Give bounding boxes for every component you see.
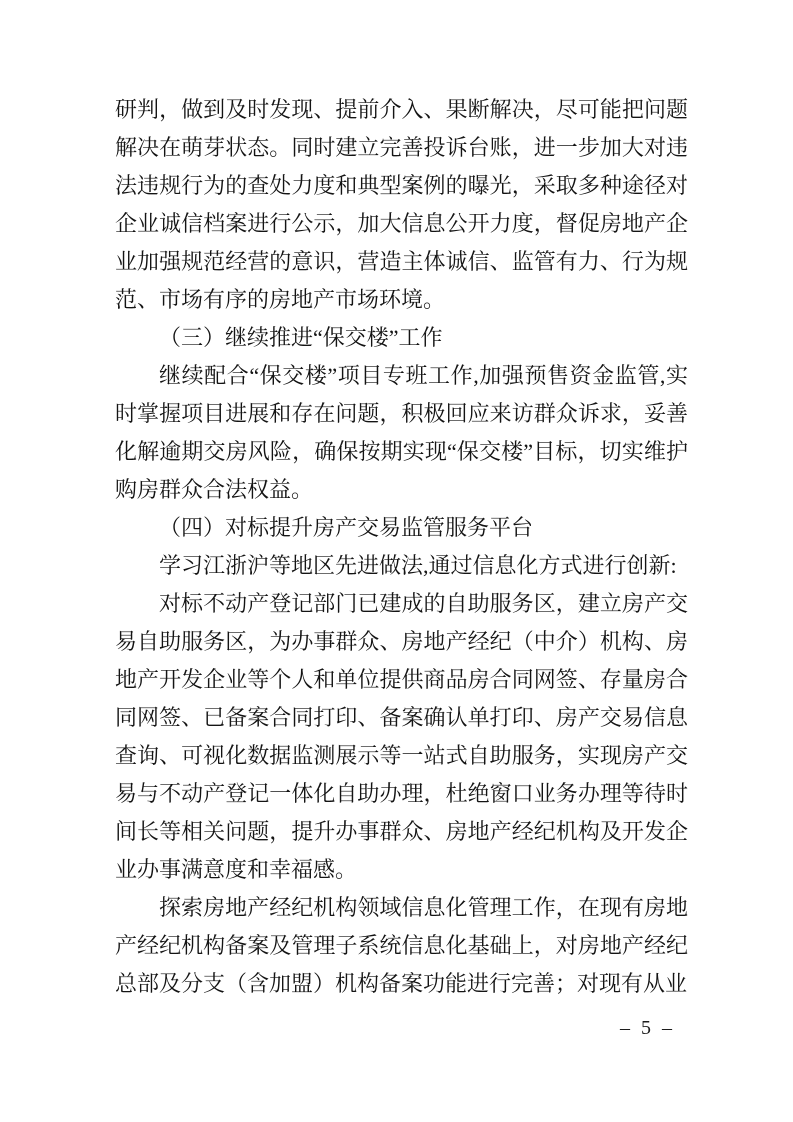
document-page: 研判，做到及时发现、提前介入、果断解决，尽可能把问题解决在萌芽状态。同时建立完善… [0, 0, 793, 1122]
paragraph: 探索房地产经纪机构领域信息化管理工作，在现有房地产经纪机构备案及管理子系统信息化… [115, 889, 688, 1003]
section-heading-4: （四）对标提升房产交易监管服务平台 [115, 509, 688, 547]
document-body: 研判，做到及时发现、提前介入、果断解决，尽可能把问题解决在萌芽状态。同时建立完善… [115, 91, 688, 1003]
section-heading-3: （三）继续推进“保交楼”工作 [115, 319, 688, 357]
paragraph: 对标不动产登记部门已建成的自助服务区，建立房产交易自助服务区，为办事群众、房地产… [115, 585, 688, 889]
paragraph: 学习江浙沪等地区先进做法,通过信息化方式进行创新: [115, 547, 688, 585]
page-number: – 5 – [620, 1015, 675, 1041]
paragraph: 继续配合“保交楼”项目专班工作,加强预售资金监管,实时掌握项目进展和存在问题，积… [115, 357, 688, 509]
paragraph: 研判，做到及时发现、提前介入、果断解决，尽可能把问题解决在萌芽状态。同时建立完善… [115, 91, 688, 319]
